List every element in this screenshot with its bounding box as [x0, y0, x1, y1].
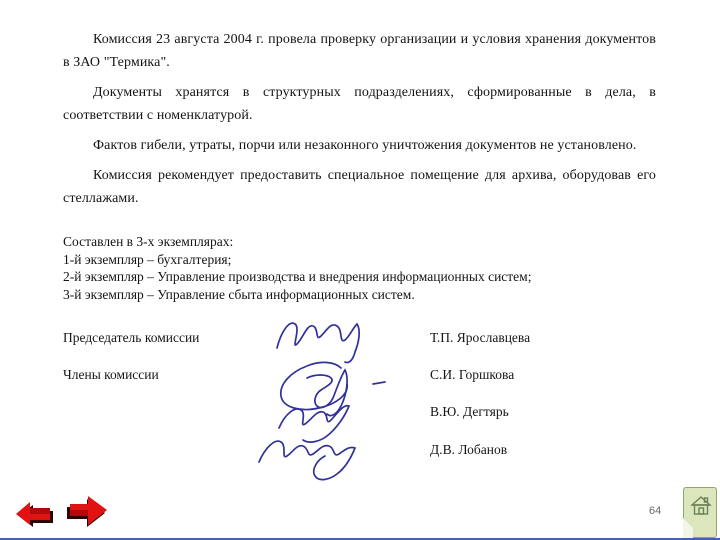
back-arrow-icon	[16, 502, 53, 527]
home-button[interactable]	[683, 487, 717, 538]
copies-item: 3-й экземпляр – Управление сбыта информа…	[63, 286, 663, 304]
signer-role: Члены комиссии	[63, 367, 159, 383]
paragraph: Комиссия 23 августа 2004 г. провела пров…	[63, 28, 656, 74]
signer-name: С.И. Горшкова	[430, 367, 514, 383]
copies-item: 2-й экземпляр – Управление производства …	[63, 268, 663, 286]
home-icon	[689, 494, 713, 518]
paragraph: Документы хранятся в структурных подразд…	[63, 81, 656, 127]
signer-name: Д.В. Лобанов	[430, 442, 507, 458]
page-number: 64	[649, 505, 661, 517]
next-slide-button[interactable]	[64, 492, 112, 532]
signer-name: В.Ю. Дегтярь	[430, 404, 509, 420]
forward-arrow-icon	[67, 496, 107, 527]
signer-name: Т.П. Ярославцева	[430, 330, 530, 346]
copies-item: 1-й экземпляр – бухгалтерия;	[63, 251, 663, 269]
document-body: Комиссия 23 августа 2004 г. провела пров…	[63, 28, 656, 217]
copies-title: Составлен в 3-х экземплярах:	[63, 233, 663, 251]
folded-corner	[683, 518, 693, 538]
copies-block: Составлен в 3-х экземплярах: 1-й экземпл…	[63, 233, 663, 303]
paragraph: Фактов гибели, утраты, порчи или незакон…	[63, 134, 656, 157]
previous-slide-button[interactable]	[14, 498, 56, 530]
handwritten-signatures	[245, 310, 415, 485]
signer-role: Председатель комиссии	[63, 330, 199, 346]
slide: Комиссия 23 августа 2004 г. провела пров…	[0, 0, 720, 540]
paragraph: Комиссия рекомендует предоставить специа…	[63, 164, 656, 210]
